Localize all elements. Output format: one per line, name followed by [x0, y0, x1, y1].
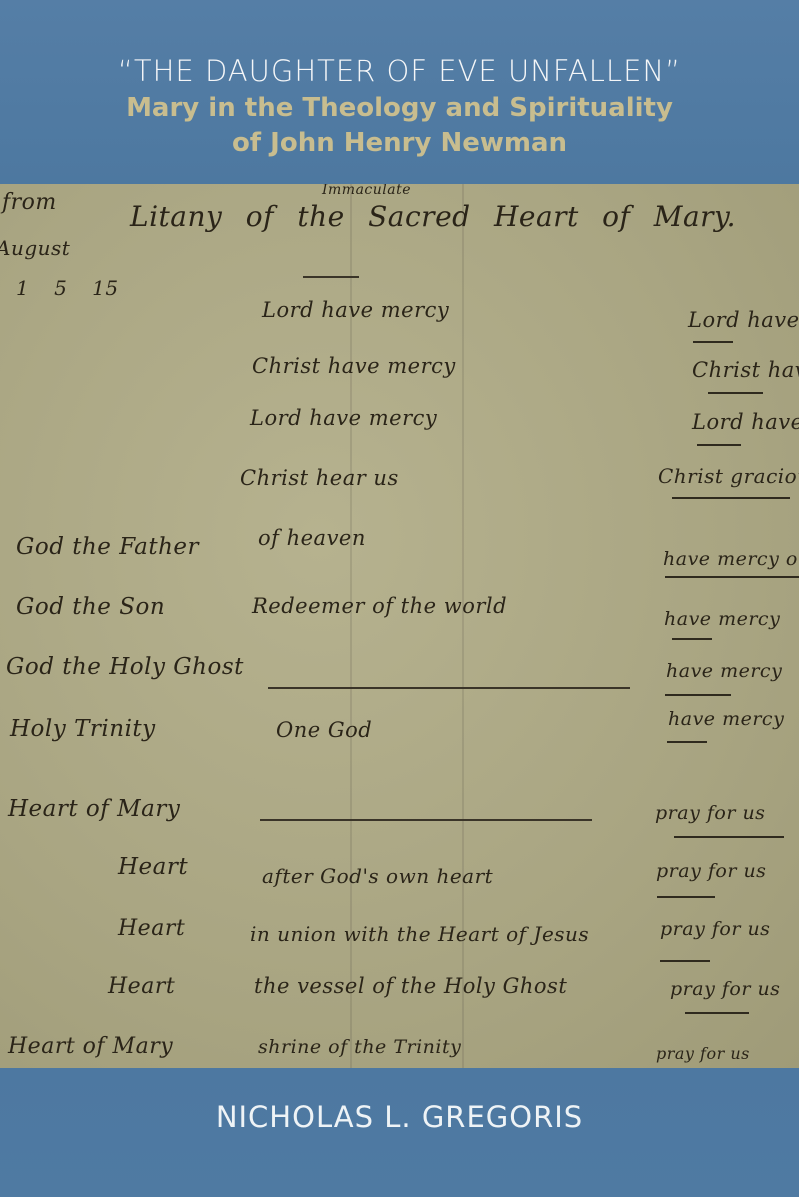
litany-response: have mercy on us: [663, 548, 799, 570]
litany-invocation: Heart: [108, 974, 175, 999]
litany-response: pray for us: [670, 978, 780, 1000]
response-underline: [697, 444, 741, 446]
litany-invocation: Holy Trinity: [10, 716, 156, 742]
litany-middle: the vessel of the Holy Ghost: [254, 974, 567, 998]
litany-response: have mercy: [664, 608, 780, 630]
book-cover: “THE DAUGHTER OF EVE UNFALLEN” Mary in t…: [0, 0, 799, 1197]
author-name: NICHOLAS L. GREGORIS: [0, 1100, 799, 1134]
litany-response: Christ graciously hear us: [658, 464, 799, 488]
response-underline: [672, 497, 790, 499]
litany-middle: in union with the Heart of Jesus: [250, 922, 589, 946]
ditto-rule: [268, 687, 630, 689]
litany-middle: One God: [276, 718, 372, 742]
litany-invocation: God the Son: [16, 594, 165, 620]
litany-invocation: Heart: [118, 854, 188, 880]
litany-middle: Redeemer of the world: [252, 594, 507, 618]
response-underline: [660, 960, 710, 962]
litany-middle: of heaven: [258, 526, 366, 550]
litany-invocation: God the Father: [16, 534, 199, 560]
litany-middle: Lord have mercy: [250, 406, 437, 430]
litany-invocation: Heart of Mary: [8, 796, 180, 822]
litany-invocation: Heart: [118, 916, 185, 941]
margin-note: 1 5 15: [16, 276, 119, 300]
response-underline: [657, 896, 715, 898]
response-underline: [665, 694, 731, 696]
litany-response: have mercy: [666, 660, 782, 682]
response-underline: [667, 741, 707, 743]
response-underline: [685, 1012, 749, 1014]
litany-invocation: God the Holy Ghost: [6, 654, 244, 680]
manuscript-image: from August 1 5 15 Immaculate Litany of …: [0, 184, 799, 1068]
heading-rule: [303, 276, 359, 278]
margin-note: from: [2, 190, 57, 215]
response-underline: [665, 576, 799, 578]
book-title: “THE DAUGHTER OF EVE UNFALLEN”: [0, 54, 799, 88]
litany-response: pray for us: [656, 1044, 750, 1063]
litany-invocation: Heart of Mary: [8, 1034, 173, 1059]
margin-note: August: [0, 236, 70, 260]
litany-middle: after God's own heart: [262, 864, 493, 888]
litany-response: pray for us: [656, 860, 766, 882]
litany-middle: Christ hear us: [240, 466, 399, 490]
title-band: “THE DAUGHTER OF EVE UNFALLEN” Mary in t…: [0, 0, 799, 184]
litany-response: Lord have mercy: [688, 308, 799, 332]
book-subtitle-line-2: of John Henry Newman: [0, 128, 799, 158]
response-underline: [708, 392, 763, 394]
litany-middle: Christ have mercy: [252, 354, 456, 378]
response-underline: [672, 638, 712, 640]
book-subtitle-line-1: Mary in the Theology and Spirituality: [0, 93, 799, 123]
heading-insertion: Immaculate: [322, 184, 411, 198]
litany-response: Lord have mercy: [692, 410, 799, 434]
response-underline: [674, 836, 784, 838]
manuscript-heading: Litany of the Sacred Heart of Mary.: [130, 200, 736, 233]
litany-response: have mercy: [668, 708, 784, 730]
litany-middle: Lord have mercy: [262, 298, 449, 322]
litany-response: pray for us: [655, 802, 765, 824]
litany-response: Christ have mercy: [692, 358, 799, 382]
litany-response: pray for us: [660, 918, 770, 940]
litany-middle: shrine of the Trinity: [258, 1036, 461, 1058]
response-underline: [693, 341, 733, 343]
ditto-rule: [260, 819, 592, 821]
